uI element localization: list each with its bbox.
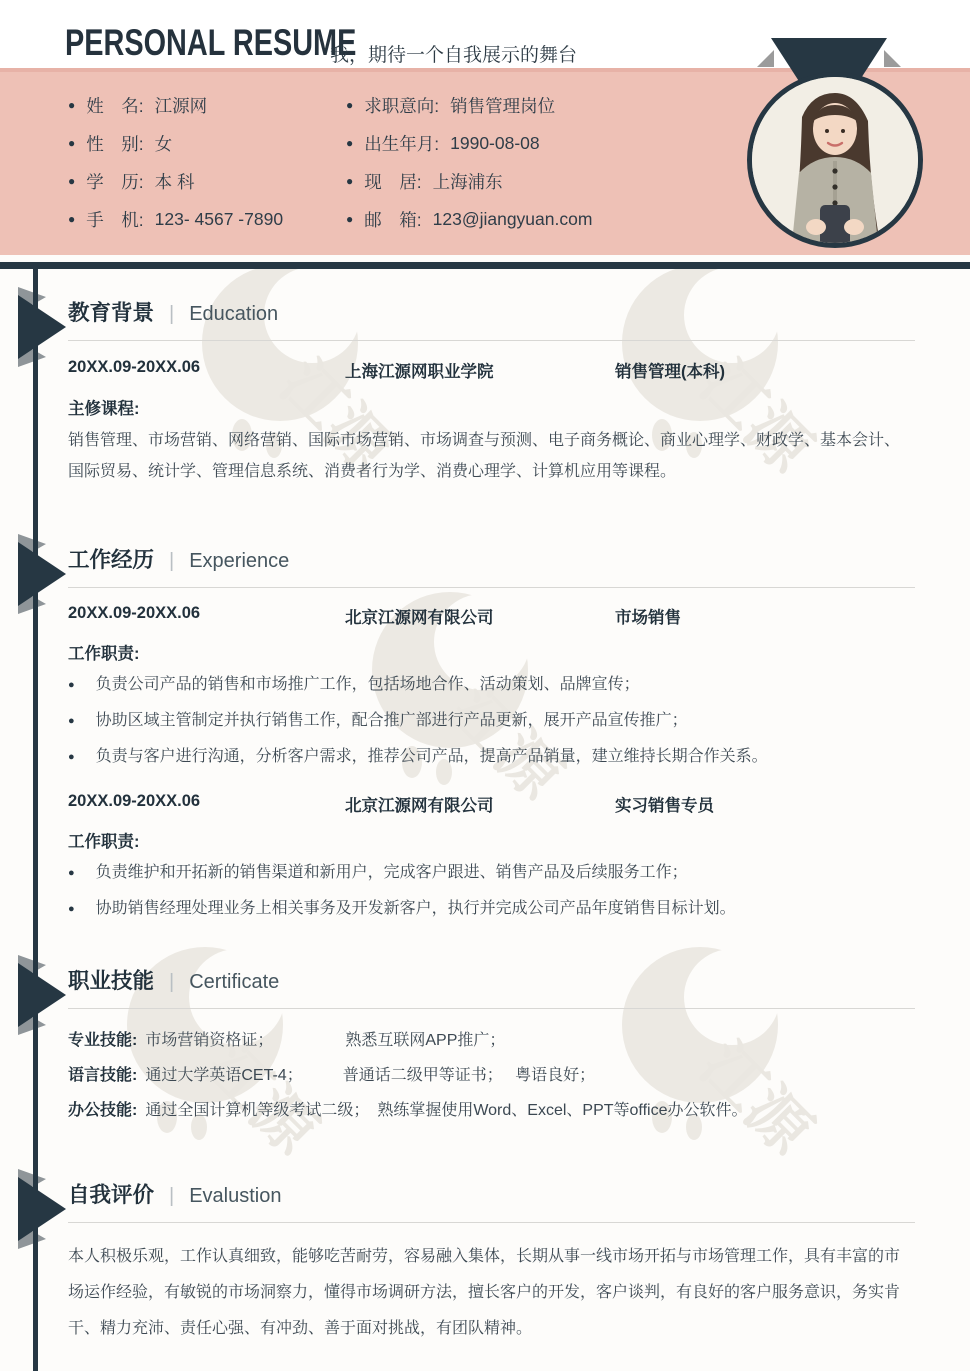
section-skills: 职业技能 | Certificate 专业技能:市场营销资格证； 熟悉互联网AP… — [68, 964, 915, 1128]
courses-label: 主修课程: — [68, 395, 915, 419]
section-title-en: Experience — [189, 550, 289, 573]
duty-item: ● 负责公司产品的销售和市场推广工作，包括场地合作、活动策划、品牌宣传； — [68, 674, 915, 696]
section-header: 工作经历 | Experience — [68, 543, 915, 574]
resume-page: 江源 江源 江源 江源 — [0, 0, 970, 1371]
job-entry-row: 20XX.09-20XX.06 北京江源网有限公司 市场销售 — [68, 604, 915, 628]
page-title: PERSONAL RESUME — [65, 24, 356, 61]
bullet-icon: ● — [68, 213, 75, 225]
ribbon-fold-left — [757, 50, 774, 67]
duty-label: 工作职责: — [68, 828, 915, 852]
duty-item: ● 负责与客户进行沟通，分析客户需求，推荐公司产品，提高产品销量，建立维持长期合… — [68, 746, 915, 768]
title-divider: | — [169, 1185, 174, 1208]
bullet-icon: ● — [346, 99, 353, 111]
bullet-icon: ● — [68, 99, 75, 111]
info-label: 求职意向: — [364, 93, 439, 118]
duty-item: ● 协助销售经理处理业务上相关事务及开发新客户，执行并完成公司产品年度销售目标计… — [68, 898, 915, 920]
section-arrow-icon — [18, 287, 66, 367]
title-divider: | — [169, 303, 174, 326]
duty-list: ● 负责维护和开拓新的销售渠道和新用户，完成客户跟进、销售产品及后续服务工作； … — [68, 862, 915, 920]
section-title-en: Education — [189, 303, 278, 326]
info-birth: ● 出生年月: 1990-08-08 — [346, 131, 776, 156]
section-underline — [68, 587, 915, 588]
profile-photo — [747, 72, 923, 248]
job-role: 实习销售专员 — [615, 792, 915, 816]
job-period: 20XX.09-20XX.06 — [68, 792, 345, 816]
info-gender: ● 性 别: 女 — [68, 131, 346, 156]
section-arrow-icon — [18, 1169, 66, 1249]
section-title-zh: 教育背景 — [68, 296, 154, 327]
skill-value: 通过全国计算机等级考试二级； 熟练掌握使用Word、Excel、PPT等offi… — [145, 1102, 747, 1119]
duty-item: ● 协助区域主管制定并执行销售工作，配合推广部进行产品更新，展开产品宣传推广； — [68, 710, 915, 732]
skill-label: 专业技能: — [68, 1032, 137, 1049]
title-divider: | — [169, 550, 174, 573]
duty-text: 负责公司产品的销售和市场推广工作，包括场地合作、活动策划、品牌宣传； — [96, 674, 640, 696]
education-entry-row: 20XX.09-20XX.06 上海江源网职业学院 销售管理(本科) — [68, 358, 915, 382]
duty-list: ● 负责公司产品的销售和市场推广工作，包括场地合作、活动策划、品牌宣传； ● 协… — [68, 674, 915, 768]
section-header: 教育背景 | Education — [68, 296, 915, 327]
section-underline — [68, 1008, 915, 1009]
section-title-zh: 职业技能 — [68, 964, 154, 995]
evaluation-text: 本人积极乐观，工作认真细致，能够吃苦耐劳，容易融入集体，长期从事一线市场开拓与市… — [68, 1239, 915, 1347]
duty-item: ● 负责维护和开拓新的销售渠道和新用户，完成客户跟进、销售产品及后续服务工作； — [68, 862, 915, 884]
info-name: ● 姓 名: 江源网 — [68, 93, 346, 118]
info-value: 1990-08-08 — [450, 133, 540, 154]
bullet-icon: ● — [68, 137, 75, 149]
courses-text: 销售管理、市场营销、网络营销、国际市场营销、市场调查与预测、电子商务概论、商业心… — [68, 425, 915, 487]
info-value: 江源网 — [155, 93, 208, 118]
info-label: 性 别: — [86, 131, 143, 156]
info-value: 上海浦东 — [433, 169, 503, 194]
info-label: 邮 箱: — [364, 207, 421, 232]
bullet-icon: ● — [346, 137, 353, 149]
job-period: 20XX.09-20XX.06 — [68, 604, 345, 628]
skill-value: 通过大学英语CET-4； 普通话二级甲等证书； 粤语良好； — [145, 1067, 595, 1084]
bullet-icon: ● — [68, 746, 75, 768]
resume-body: 教育背景 | Education 20XX.09-20XX.06 上海江源网职业… — [0, 296, 970, 1347]
skill-value: 市场营销资格证； 熟悉互联网APP推广； — [145, 1032, 505, 1049]
info-degree: ● 学 历: 本 科 — [68, 169, 346, 194]
info-phone: ● 手 机: 123- 4567 -7890 — [68, 207, 346, 232]
bullet-icon: ● — [68, 862, 75, 884]
skill-row-office: 办公技能:通过全国计算机等级考试二级； 熟练掌握使用Word、Excel、PPT… — [68, 1093, 915, 1128]
section-title-zh: 工作经历 — [68, 543, 154, 574]
info-value: 女 — [155, 131, 173, 156]
section-underline — [68, 340, 915, 341]
duty-text: 负责与客户进行沟通，分析客户需求，推荐公司产品，提高产品销量，建立维持长期合作关… — [96, 746, 768, 768]
info-objective: ● 求职意向: 销售管理岗位 — [346, 93, 776, 118]
info-value: 123@jiangyuan.com — [433, 209, 593, 230]
section-header: 自我评价 | Evalustion — [68, 1178, 915, 1209]
section-evaluation: 自我评价 | Evalustion 本人积极乐观，工作认真细致，能够吃苦耐劳，容… — [68, 1178, 915, 1347]
info-value: 123- 4567 -7890 — [155, 209, 283, 230]
education-school: 上海江源网职业学院 — [345, 358, 615, 382]
job-company: 北京江源网有限公司 — [345, 604, 615, 628]
bullet-icon: ● — [68, 674, 75, 696]
duty-label: 工作职责: — [68, 640, 915, 664]
section-title-zh: 自我评价 — [68, 1178, 154, 1209]
bullet-icon: ● — [346, 175, 353, 187]
bullet-icon: ● — [68, 710, 75, 732]
info-label: 现 居: — [364, 169, 421, 194]
section-header: 职业技能 | Certificate — [68, 964, 915, 995]
info-value: 本 科 — [155, 169, 195, 194]
bullet-icon: ● — [68, 175, 75, 187]
info-label: 学 历: — [86, 169, 143, 194]
skill-label: 办公技能: — [68, 1102, 137, 1119]
left-vertical-rule — [33, 269, 38, 1371]
info-email: ● 邮 箱: 123@jiangyuan.com — [346, 207, 776, 232]
duty-text: 负责维护和开拓新的销售渠道和新用户，完成客户跟进、销售产品及后续服务工作； — [96, 862, 688, 884]
skill-row-language: 语言技能:通过大学英语CET-4； 普通话二级甲等证书； 粤语良好； — [68, 1058, 915, 1093]
job-entry-row: 20XX.09-20XX.06 北京江源网有限公司 实习销售专员 — [68, 792, 915, 816]
section-title-en: Certificate — [189, 971, 279, 994]
section-education: 教育背景 | Education 20XX.09-20XX.06 上海江源网职业… — [68, 296, 915, 487]
info-value: 销售管理岗位 — [450, 93, 555, 118]
skill-row-professional: 专业技能:市场营销资格证； 熟悉互联网APP推广； — [68, 1023, 915, 1058]
info-label: 手 机: — [86, 207, 143, 232]
section-experience: 工作经历 | Experience 20XX.09-20XX.06 北京江源网有… — [68, 543, 915, 920]
skill-label: 语言技能: — [68, 1067, 137, 1084]
duty-text: 协助区域主管制定并执行销售工作，配合推广部进行产品更新，展开产品宣传推广； — [96, 710, 688, 732]
title-divider: | — [169, 971, 174, 994]
header-divider-rule — [0, 262, 970, 269]
info-label: 姓 名: — [86, 93, 143, 118]
info-location: ● 现 居: 上海浦东 — [346, 169, 776, 194]
bullet-icon: ● — [346, 213, 353, 225]
bullet-icon: ● — [68, 898, 75, 920]
portrait-illustration — [752, 77, 918, 243]
ribbon-fold-right — [884, 50, 901, 67]
section-arrow-icon — [18, 534, 66, 614]
job-role: 市场销售 — [615, 604, 915, 628]
section-arrow-icon — [18, 955, 66, 1035]
section-underline — [68, 1222, 915, 1223]
page-subtitle: 我，期待一个自我展示的舞台 — [330, 40, 577, 67]
education-period: 20XX.09-20XX.06 — [68, 358, 345, 382]
info-label: 出生年月: — [364, 131, 439, 156]
section-title-en: Evalustion — [189, 1185, 281, 1208]
job-company: 北京江源网有限公司 — [345, 792, 615, 816]
education-major: 销售管理(本科) — [615, 358, 915, 382]
duty-text: 协助销售经理处理业务上相关事务及开发新客户，执行并完成公司产品年度销售目标计划。 — [96, 898, 736, 920]
